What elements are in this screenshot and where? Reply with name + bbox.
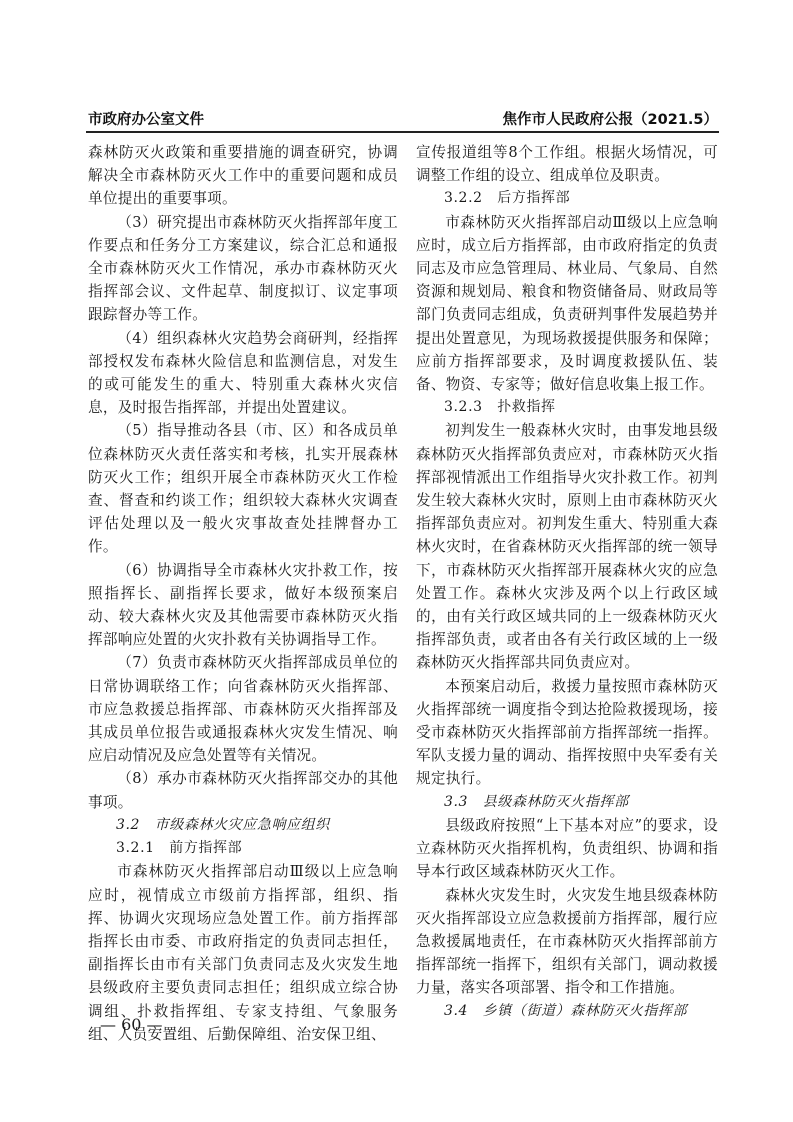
section-heading: 3.3 县级森林防灭火指挥部 [416, 791, 718, 814]
page-number: — 60 — [100, 1015, 163, 1034]
paragraph: 森林防灭火政策和重要措施的调查研究，协调解决全市森林防灭火工作中的重要问题和成员… [88, 141, 398, 211]
paragraph: 宣传报道组等8个工作组。根据火场情况，可调整工作组的设立、组成单位及职责。 [416, 141, 718, 187]
header-section-title: 市政府办公室文件 [88, 110, 204, 130]
paragraph: （5）指导推动各县（市、区）和各成员单位森林防灭火责任落实和考核，扎实开展森林防… [88, 419, 398, 558]
paragraph: 初判发生一般森林火灾时，由事发地县级森林防灭火指挥部负责应对，市森林防灭火指挥部… [416, 419, 718, 674]
running-header: 市政府办公室文件 焦作市人民政府公报（2021.5） [88, 110, 718, 132]
header-publication-title: 焦作市人民政府公报（2021.5） [503, 110, 718, 130]
paragraph: 森林火灾发生时，火灾发生地县级森林防灭火指挥部设立应急救援前方指挥部，履行应急救… [416, 884, 718, 1000]
section-heading: 3.2 市级森林火灾应急响应组织 [88, 814, 398, 837]
right-column: 宣传报道组等8个工作组。根据火场情况，可调整工作组的设立、组成单位及职责。 3.… [416, 141, 718, 1023]
section-heading: 3.4 乡镇（街道）森林防灭火指挥部 [416, 1000, 718, 1023]
left-column: 森林防灭火政策和重要措施的调查研究，协调解决全市森林防灭火工作中的重要问题和成员… [88, 141, 398, 1046]
paragraph: 县级政府按照“上下基本对应”的要求，设立森林防灭火指挥机构，负责组织、协调和指导… [416, 814, 718, 884]
subsection-heading: 3.2.1 前方指挥部 [88, 837, 398, 860]
paragraph: （3）研究提出市森林防灭火指挥部年度工作要点和任务分工方案建议，综合汇总和通报全… [88, 211, 398, 327]
paragraph: 本预案启动后，救援力量按照市森林防灭火指挥部统一调度指令到达抢险救援现场，接受市… [416, 675, 718, 791]
paragraph: （8）承办市森林防灭火指挥部交办的其他事项。 [88, 767, 398, 813]
header-rule [86, 131, 719, 133]
paragraph: （7）负责市森林防灭火指挥部成员单位的日常协调联络工作；向省森林防灭火指挥部、市… [88, 651, 398, 767]
paragraph: 市森林防灭火指挥部启动Ⅲ级以上应急响应时，成立后方指挥部，由市政府指定的负责同志… [416, 211, 718, 397]
paragraph: （6）协调指导全市森林火灾扑救工作，按照指挥长、副指挥长要求，做好本级预案启动、… [88, 559, 398, 652]
subsection-heading: 3.2.3 扑救指挥 [416, 396, 718, 419]
paragraph: （4）组织森林火灾趋势会商研判，经指挥部授权发布森林火险信息和监测信息，对发生的… [88, 327, 398, 420]
subsection-heading: 3.2.2 后方指挥部 [416, 187, 718, 210]
